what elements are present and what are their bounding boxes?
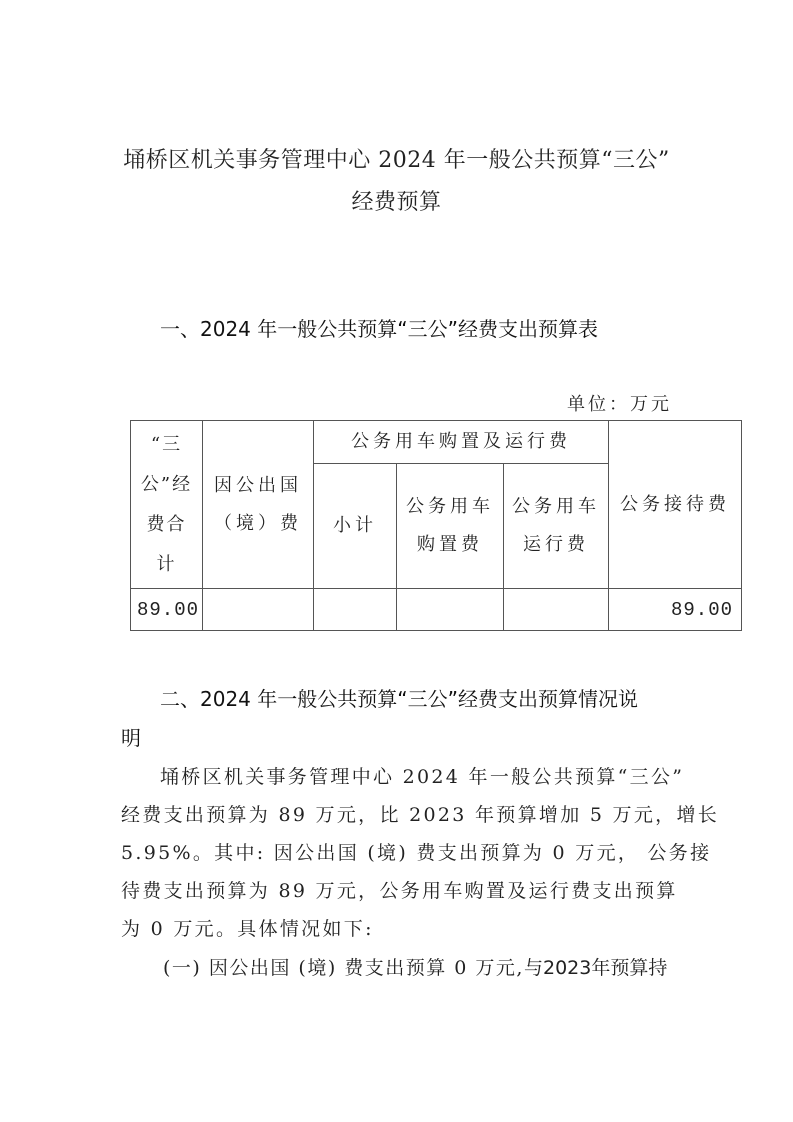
header-abroad: 因公出国 （境）费 <box>203 421 314 589</box>
cell-abroad <box>203 589 314 631</box>
header-total-line: 计 <box>131 545 202 585</box>
document-title-line-1: 埇桥区机关事务管理中心 2024 年一般公共预算“三公” <box>0 143 793 174</box>
cell-vehicle-purchase <box>397 589 504 631</box>
header-vehicle-purchase-line: 购置费 <box>397 526 503 564</box>
header-vehicle-operation-line: 运行费 <box>504 526 608 564</box>
header-total-line: “三 <box>131 425 202 465</box>
section-1-heading: 一、2024 年一般公共预算“三公”经费支出预算表 <box>160 313 598 342</box>
header-vehicle-operation: 公务用车 运行费 <box>504 464 609 589</box>
cell-total: 89.00 <box>131 589 203 631</box>
cell-vehicle-operation <box>504 589 609 631</box>
header-subtotal: 小计 <box>314 464 397 589</box>
header-abroad-line: 因公出国 <box>203 467 313 505</box>
header-abroad-line: （境）费 <box>203 505 313 543</box>
paragraph-line: 待费支出预算为 89 万元，公务用车购置及运行费支出预算 <box>121 876 681 903</box>
paragraph-line: 5.95%。其中: 因公出国 (境) 费支出预算为 0 万元， 公务接 <box>121 838 681 865</box>
table-row: 89.00 89.00 <box>131 589 742 631</box>
subsection-1-serif-text: (一) 因公出国 (境) 费支出预算 0 万元, <box>163 957 524 979</box>
header-total: “三 公”经 费合 计 <box>131 421 203 589</box>
header-vehicle-operation-line: 公务用车 <box>504 488 608 526</box>
paragraph-line: 经费支出预算为 89 万元，比 2023 年预算增加 5 万元，增长 <box>121 800 681 827</box>
header-total-line: 费合 <box>131 505 202 545</box>
three-public-expenses-table: “三 公”经 费合 计 因公出国 （境）费 公务用车购置及运行费 公务接待费 小… <box>130 420 742 631</box>
document-title-line-2: 经费预算 <box>0 185 793 216</box>
subsection-1-sans-text: 与2023年预算持 <box>524 957 667 979</box>
unit-label: 单位：万元 <box>567 390 672 416</box>
header-vehicle-purchase: 公务用车 购置费 <box>397 464 504 589</box>
subsection-1-line: (一) 因公出国 (境) 费支出预算 0 万元,与2023年预算持 <box>163 953 723 980</box>
header-total-line: 公”经 <box>131 465 202 505</box>
header-reception: 公务接待费 <box>609 421 742 589</box>
cell-subtotal <box>314 589 397 631</box>
paragraph-line: 埇桥区机关事务管理中心 2024 年一般公共预算“三公” <box>160 762 720 789</box>
section-2-heading-line-2: 明 <box>121 722 141 751</box>
cell-reception: 89.00 <box>609 589 742 631</box>
header-vehicle-group: 公务用车购置及运行费 <box>314 421 609 464</box>
section-2-heading-line-1: 二、2024 年一般公共预算“三公”经费支出预算情况说 <box>160 683 638 712</box>
paragraph-line: 为 0 万元。具体情况如下: <box>121 914 681 941</box>
header-vehicle-purchase-line: 公务用车 <box>397 488 503 526</box>
